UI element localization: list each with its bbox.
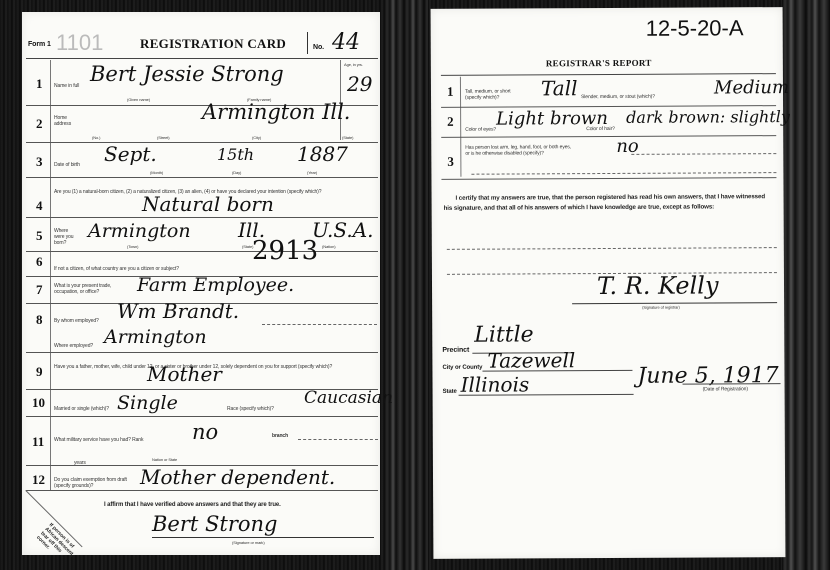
serial-number: 1101 [56,30,103,56]
month-caption: (Month) [150,170,163,175]
nation-caption: (Nation) [322,244,335,249]
citizen-of-value: 2913 [252,236,318,266]
no-label: No. [313,44,324,51]
row-number: 1 [36,76,43,92]
height-label: Tall, medium, or short (specify which)? [465,88,525,100]
registration-date: June 5, 1917 [637,363,778,389]
row-number: 10 [32,395,45,411]
name-label: Name in full [54,83,79,89]
row-number: 3 [36,154,43,170]
state-value: Illinois [460,372,529,396]
registrar-caption: (Signature of registrar) [642,305,680,310]
dob-label: Date of birth [54,162,80,168]
home-address-label: Home address [54,115,76,127]
employer-value: Wm Brandt. [117,299,239,323]
occupation-label: What is your present trade, occupation, … [54,283,114,295]
row-number: 8 [36,312,43,328]
affirmation-text: I affirm that I have verified above answ… [104,502,281,508]
address-city-caption: (City) [252,135,261,140]
hair-color-label: Color of hair? [586,126,615,132]
branch-label: branch [272,433,288,439]
town-caption: (Town) [127,244,138,249]
year-caption: (Year) [307,170,317,175]
report-title: REGISTRAR'S REPORT [546,58,652,69]
certification-text: I certify that my answers are true, that… [444,192,774,214]
build-label: Slender, medium, or stout (which)? [581,94,655,100]
row-number: 9 [36,364,43,380]
where-employed-label: Where employed? [54,343,93,349]
state-label: State [443,389,457,395]
row-number: 7 [36,282,43,298]
military-label: What military service have you had? Rank [54,437,143,443]
exemption-label: Do you claim exemption from draft (speci… [54,477,129,489]
citizenship-value: Natural born [142,192,274,216]
race-value: Caucasian [304,388,393,408]
card-number: 44 [332,30,360,55]
marital-label: Married or single (which)? [54,406,109,412]
registration-card: Form 1 1101 REGISTRATION CARD No. 44 1 N… [22,12,380,555]
where-employed-value: Armington [104,326,207,348]
nation-or-state-label: Nation or State [152,457,177,462]
eye-color-label: Color of eyes? [465,127,496,133]
row-number: 6 [36,254,43,270]
birth-town: Armington [88,220,191,242]
dob-month: Sept. [104,142,157,166]
report-code: 12-5-20-A [646,15,744,42]
occupation-value: Farm Employee. [137,274,294,296]
microfilm-gutter [384,0,428,570]
dob-year: 1887 [297,142,348,166]
home-address-value: Armington Ill. [202,100,351,124]
row-number: 2 [447,114,454,130]
dob-day: 15th [217,145,254,164]
address-state-caption: (State) [342,135,353,140]
row-number: 5 [36,228,43,244]
row-number: 4 [36,198,43,214]
signature-caption: (Signature or mark) [232,540,265,545]
build-value: Medium [714,77,789,98]
citizen-of-label: If not a citizen, of what country are yo… [54,266,179,272]
card-title: REGISTRATION CARD [140,36,286,52]
address-street-caption: (Street) [157,135,170,140]
exemption-value: Mother dependent. [140,465,335,489]
row-number: 3 [447,154,454,170]
microfilm-edge [782,0,830,570]
city-county-value: Tazewell [487,348,575,372]
city-county-label: City or County [442,365,482,371]
registrar-signature: T. R. Kelly [597,271,719,300]
birth-nation: U.S.A. [312,218,374,242]
form-label: Form 1 [28,41,51,48]
dependents-value: Mother [147,362,222,386]
hair-color-value: dark brown: slightly [626,107,790,127]
given-name-caption: (Given name) [127,97,150,102]
military-value: no [192,420,218,444]
precinct-label: Precinct [442,347,469,354]
age-value: 29 [347,72,372,96]
race-label: Race (specify which)? [227,406,274,412]
precinct-value: Little [474,322,534,347]
row-number: 12 [32,472,45,488]
marital-value: Single [117,392,178,414]
row-number: 1 [447,84,454,100]
name-value: Bert Jessie Strong [90,62,284,86]
disability-label: Has person lost arm, leg, hand, foot, or… [465,144,575,157]
birthplace-label: Where were you born? [54,228,78,246]
height-value: Tall [541,76,578,100]
day-caption: (Day) [232,170,241,175]
registrant-signature: Bert Strong [152,512,278,536]
age-label: Age, in yrs. [344,62,363,67]
employer-label: By whom employed? [54,318,99,324]
date-caption: (Date of Registration) [703,386,748,392]
registrars-report: 12-5-20-A REGISTRAR'S REPORT 1 Tall, med… [431,7,786,559]
address-no-caption: (No.) [92,135,100,140]
row-number: 2 [36,116,43,132]
row-number: 11 [32,434,44,450]
